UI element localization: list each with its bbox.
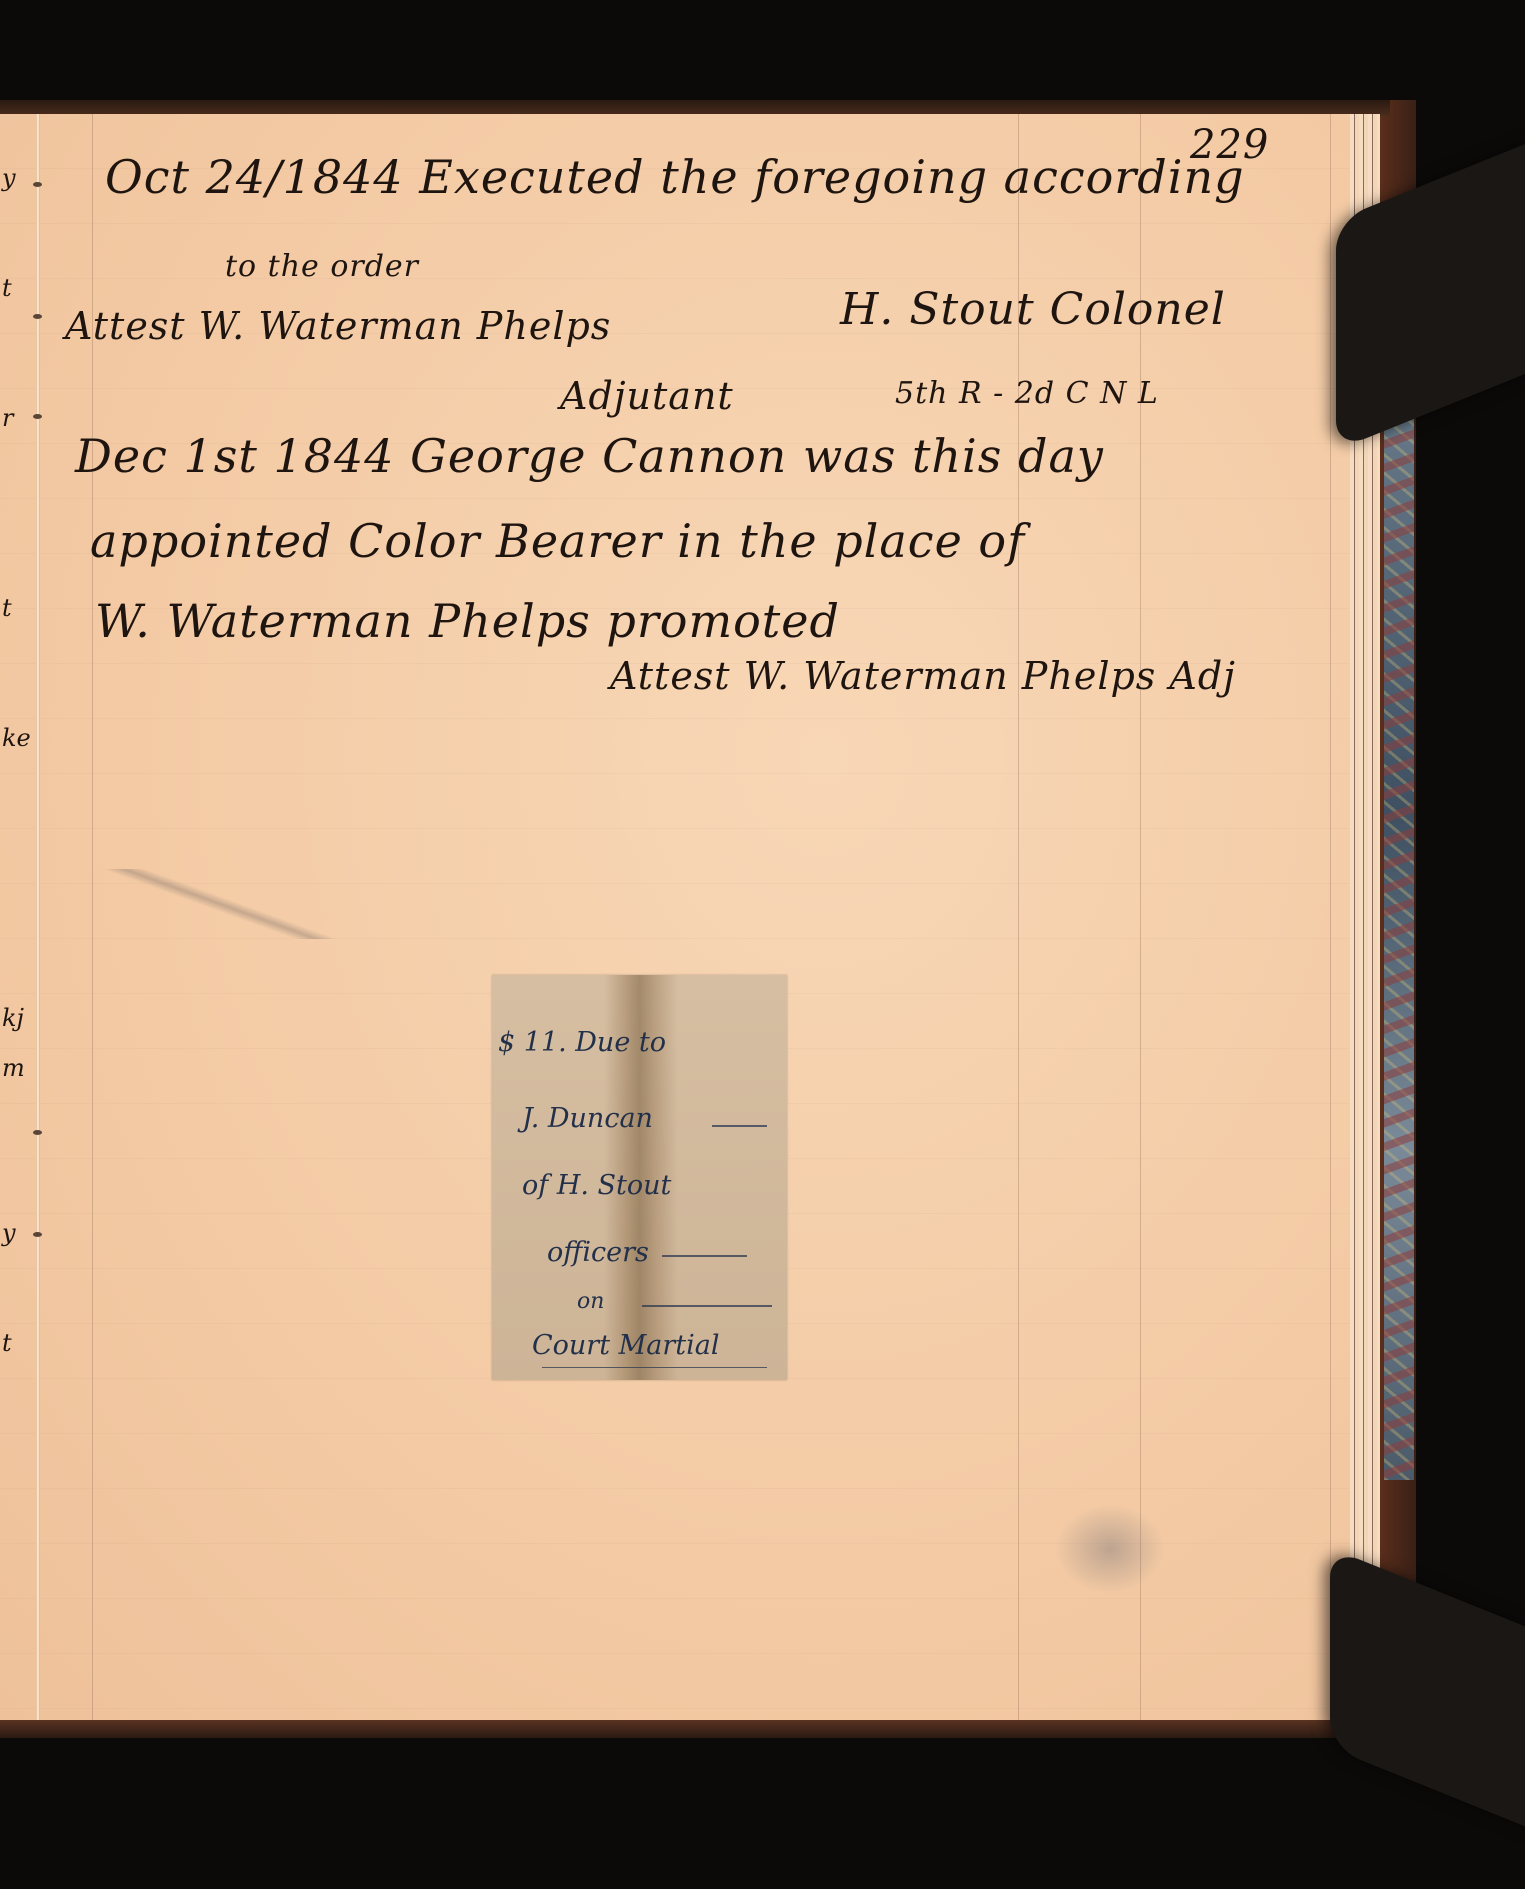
marbled-endpaper [1384, 370, 1414, 1480]
entry-1-line-2: to the order [225, 249, 419, 284]
stitch-hole [33, 314, 42, 319]
pasted-note-slip: $ 11. Due to J. Duncan of H. Stout offic… [492, 975, 787, 1380]
margin-mark: t [2, 274, 12, 302]
slip-rule [662, 1255, 747, 1257]
margin-mark: ke [2, 724, 31, 752]
slip-line-4: officers [547, 1237, 649, 1268]
stitch-hole [33, 1232, 42, 1237]
slip-line-5: on [577, 1289, 604, 1314]
margin-mark: r [2, 404, 13, 432]
slip-line-6: Court Martial [532, 1330, 720, 1361]
margin-mark: m [2, 1054, 25, 1082]
margin-mark: y [2, 164, 16, 192]
slip-line-1: $ 11. Due to [498, 1027, 666, 1058]
ledger-page: y t r t ke kj m y t 229 Oct 24/1844 Exec… [0, 114, 1372, 1720]
entry-1-line-1: Oct 24/1844 Executed the foregoing accor… [105, 150, 1245, 204]
fingerprint-stain [1055, 1504, 1165, 1594]
stitch-hole [33, 182, 42, 187]
slip-rule [642, 1305, 772, 1307]
slip-line-2: J. Duncan [522, 1103, 653, 1134]
margin-mark: y [2, 1219, 16, 1247]
column-rule [1330, 114, 1331, 1720]
stitch-hole [33, 1130, 42, 1135]
binding-gutter [36, 114, 40, 1720]
book-clamp-bottom [1330, 1548, 1525, 1833]
column-rule [1018, 114, 1019, 1720]
entry-2-line-3: W. Waterman Phelps promoted [95, 594, 840, 648]
entry-1-attest: Attest W. Waterman Phelps [65, 304, 611, 348]
entry-1-attest-title: Adjutant [560, 374, 734, 418]
margin-mark: t [2, 1329, 12, 1357]
entry-1-unit: 5th R - 2d C N L [895, 376, 1159, 411]
pencil-smudge [100, 869, 340, 939]
entry-2-attest: Attest W. Waterman Phelps Adj [610, 654, 1236, 698]
book-cover-bottom [0, 1720, 1400, 1738]
margin-rule [92, 114, 93, 1720]
slip-rule [542, 1367, 767, 1368]
entry-2-line-1: Dec 1st 1844 George Cannon was this day [75, 429, 1104, 483]
slip-line-3: of H. Stout [522, 1170, 671, 1201]
entry-2-line-2: appointed Color Bearer in the place of [90, 514, 1025, 568]
slip-rule [712, 1125, 767, 1127]
margin-mark: kj [2, 1004, 24, 1032]
margin-mark: t [2, 594, 12, 622]
stitch-hole [33, 414, 42, 419]
entry-1-signature: H. Stout Colonel [840, 284, 1226, 335]
column-rule [1140, 114, 1141, 1720]
